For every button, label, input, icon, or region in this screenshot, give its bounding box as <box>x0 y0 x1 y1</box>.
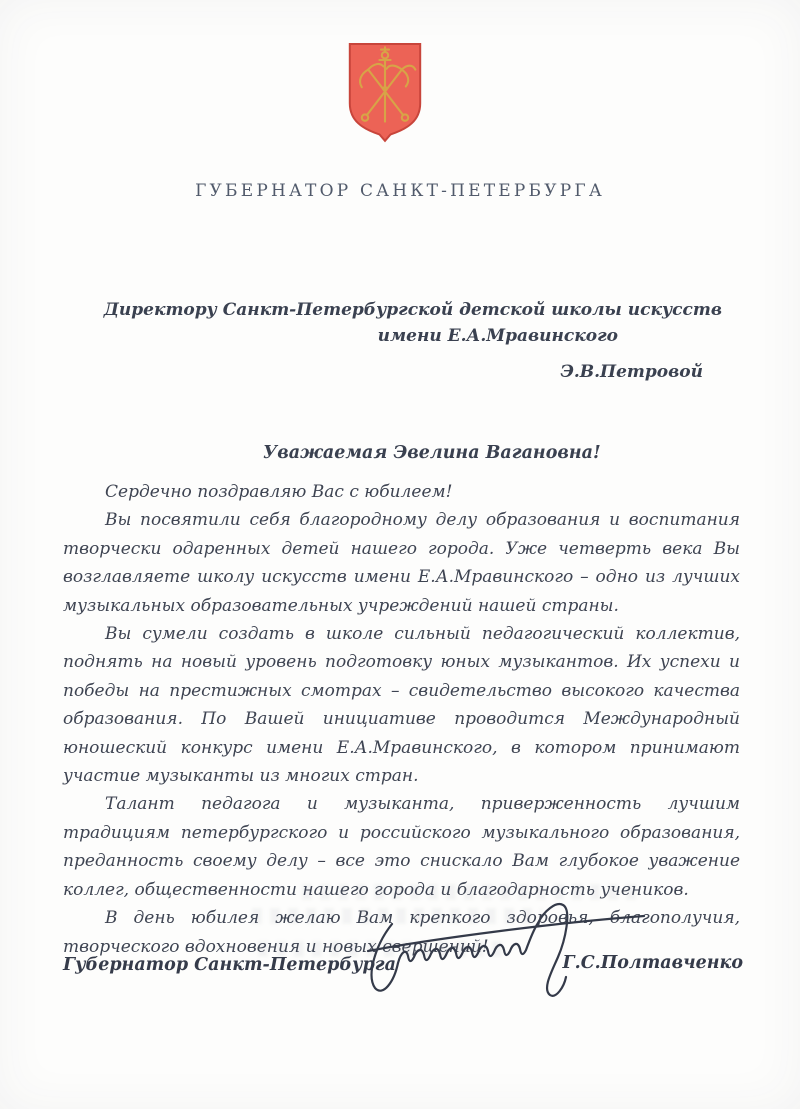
letter-body: Сердечно поздравляю Вас с юбилеем! Вы по… <box>63 478 740 961</box>
recipient-name: Э.В.Петровой <box>560 362 703 382</box>
signer-name: Г.С.Полтавченко <box>563 953 743 973</box>
addressee-line-1: Директору Санкт-Петербургской детской шк… <box>0 297 722 323</box>
body-paragraph: Талант педагога и музыканта, приверженно… <box>63 790 740 904</box>
crest-svg <box>345 40 425 144</box>
body-paragraph: Сердечно поздравляю Вас с юбилеем! <box>63 478 740 506</box>
addressee-block: Директору Санкт-Петербургской детской шк… <box>0 297 722 349</box>
handwritten-signature <box>362 899 647 1004</box>
signer-position: Губернатор Санкт-Петербурга <box>63 955 396 975</box>
body-paragraph: Вы посвятили себя благородному делу обра… <box>63 506 740 620</box>
saint-petersburg-coat-of-arms-icon <box>345 40 425 144</box>
body-paragraph: Вы сумели создать в школе сильный педаго… <box>63 620 740 790</box>
salutation: Уважаемая Эвелина Вагановна! <box>263 443 601 463</box>
addressee-line-2: имени Е.А.Мравинского <box>0 323 618 349</box>
letter-page: ГУБЕРНАТОР САНКТ-ПЕТЕРБУРГА Директору Са… <box>0 0 800 1109</box>
letterhead-title: ГУБЕРНАТОР САНКТ-ПЕТЕРБУРГА <box>0 181 800 201</box>
